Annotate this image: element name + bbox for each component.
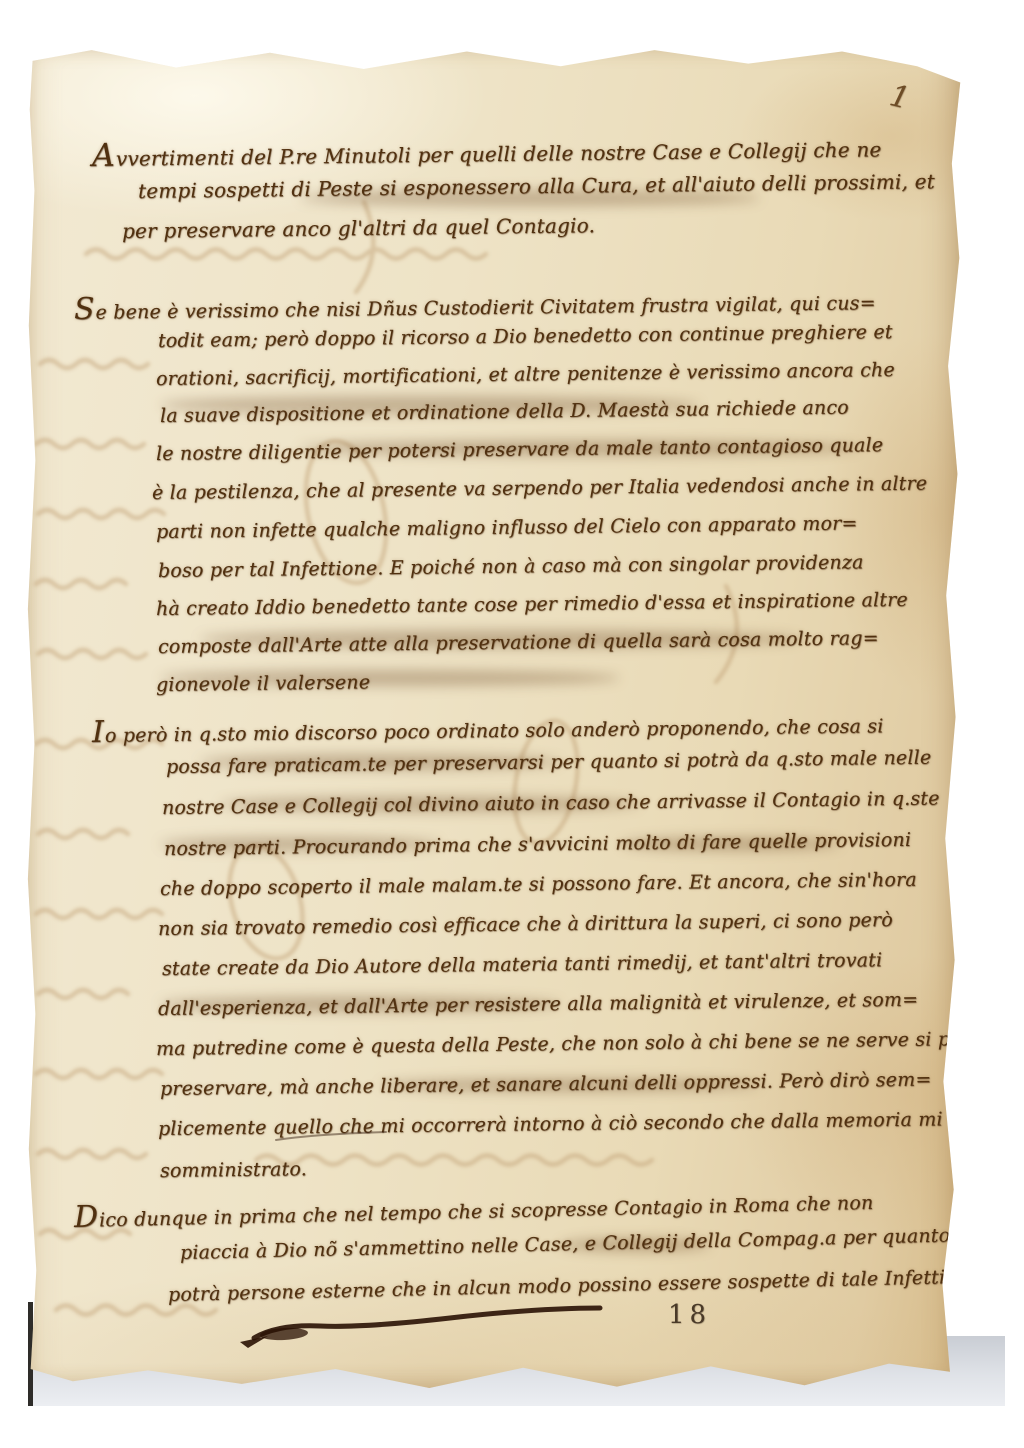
- manuscript-line: state create da Dio Autore della materia…: [162, 949, 883, 980]
- manuscript-line: che doppo scoperto il male malam.te si p…: [160, 869, 917, 900]
- manuscript-line: somministrato.: [160, 1158, 307, 1182]
- manuscript-line: è la pestilenza, che al presente va serp…: [152, 473, 928, 504]
- paper-sheet: 1 Avvertimenti del P.re Minutoli per que…: [26, 42, 964, 1392]
- manuscript-line: boso per tal Infettione. E poiché non à …: [158, 551, 864, 582]
- manuscript-line: parti non infette qualche maligno influs…: [156, 512, 858, 543]
- manuscript-line: nostre parti. Procurando prima che s'avv…: [164, 829, 911, 860]
- manuscript-line: todit eam; però doppo il ricorso a Dio b…: [158, 321, 893, 352]
- manuscript-line: non sia trovato remedio così efficace ch…: [158, 909, 893, 940]
- manuscript-line: piaccia à Dio nõ s'ammettino nelle Case,…: [180, 1224, 973, 1264]
- heading-line: per preservare anco gl'altri da quel Con…: [122, 213, 595, 243]
- heading-line: Avvertimenti del P.re Minutoli per quell…: [92, 128, 882, 174]
- page-number: 18: [668, 1300, 711, 1330]
- manuscript-line: plicemente quello che mi occorrerà intor…: [158, 1108, 1002, 1140]
- manuscript-line: gionevole il valersene: [156, 671, 370, 696]
- manuscript-line: potrà persone esterne che in alcun modo …: [168, 1265, 988, 1306]
- manuscript-line: orationi, sacrificij, mortificationi, et…: [156, 359, 895, 390]
- manuscript-line: preservare, mà anche liberare, et sanare…: [160, 1069, 932, 1100]
- manuscript-line: dall'esperienza, et dall'Arte per resist…: [158, 989, 919, 1020]
- folio-number: 1: [886, 78, 913, 117]
- manuscript-line: nostre Case e Collegij col divino aiuto …: [162, 788, 940, 819]
- manuscript-line: hà creato Iddio benedetto tante cose per…: [156, 589, 908, 620]
- manuscript-line: Se bene è verissimo che nisi Dñus Custod…: [74, 282, 876, 327]
- manuscript-line: ma putredine come è questa della Peste, …: [156, 1028, 991, 1060]
- manuscript-line: Io però in q.sto mio discorso poco ordin…: [92, 705, 884, 750]
- manuscript-line: le nostre diligentie per potersi preserv…: [156, 434, 884, 465]
- manuscript-line: Dico dunque in prima che nel tempo che s…: [74, 1182, 874, 1235]
- heading-line: tempi sospetti di Peste si esponessero a…: [138, 169, 935, 203]
- manuscript-photo: 1 Avvertimenti del P.re Minutoli per que…: [0, 0, 1024, 1448]
- manuscript-line: composte dall'Arte atte alla preservatio…: [158, 627, 879, 658]
- manuscript-line: possa fare praticam.te per preservarsi p…: [166, 747, 932, 778]
